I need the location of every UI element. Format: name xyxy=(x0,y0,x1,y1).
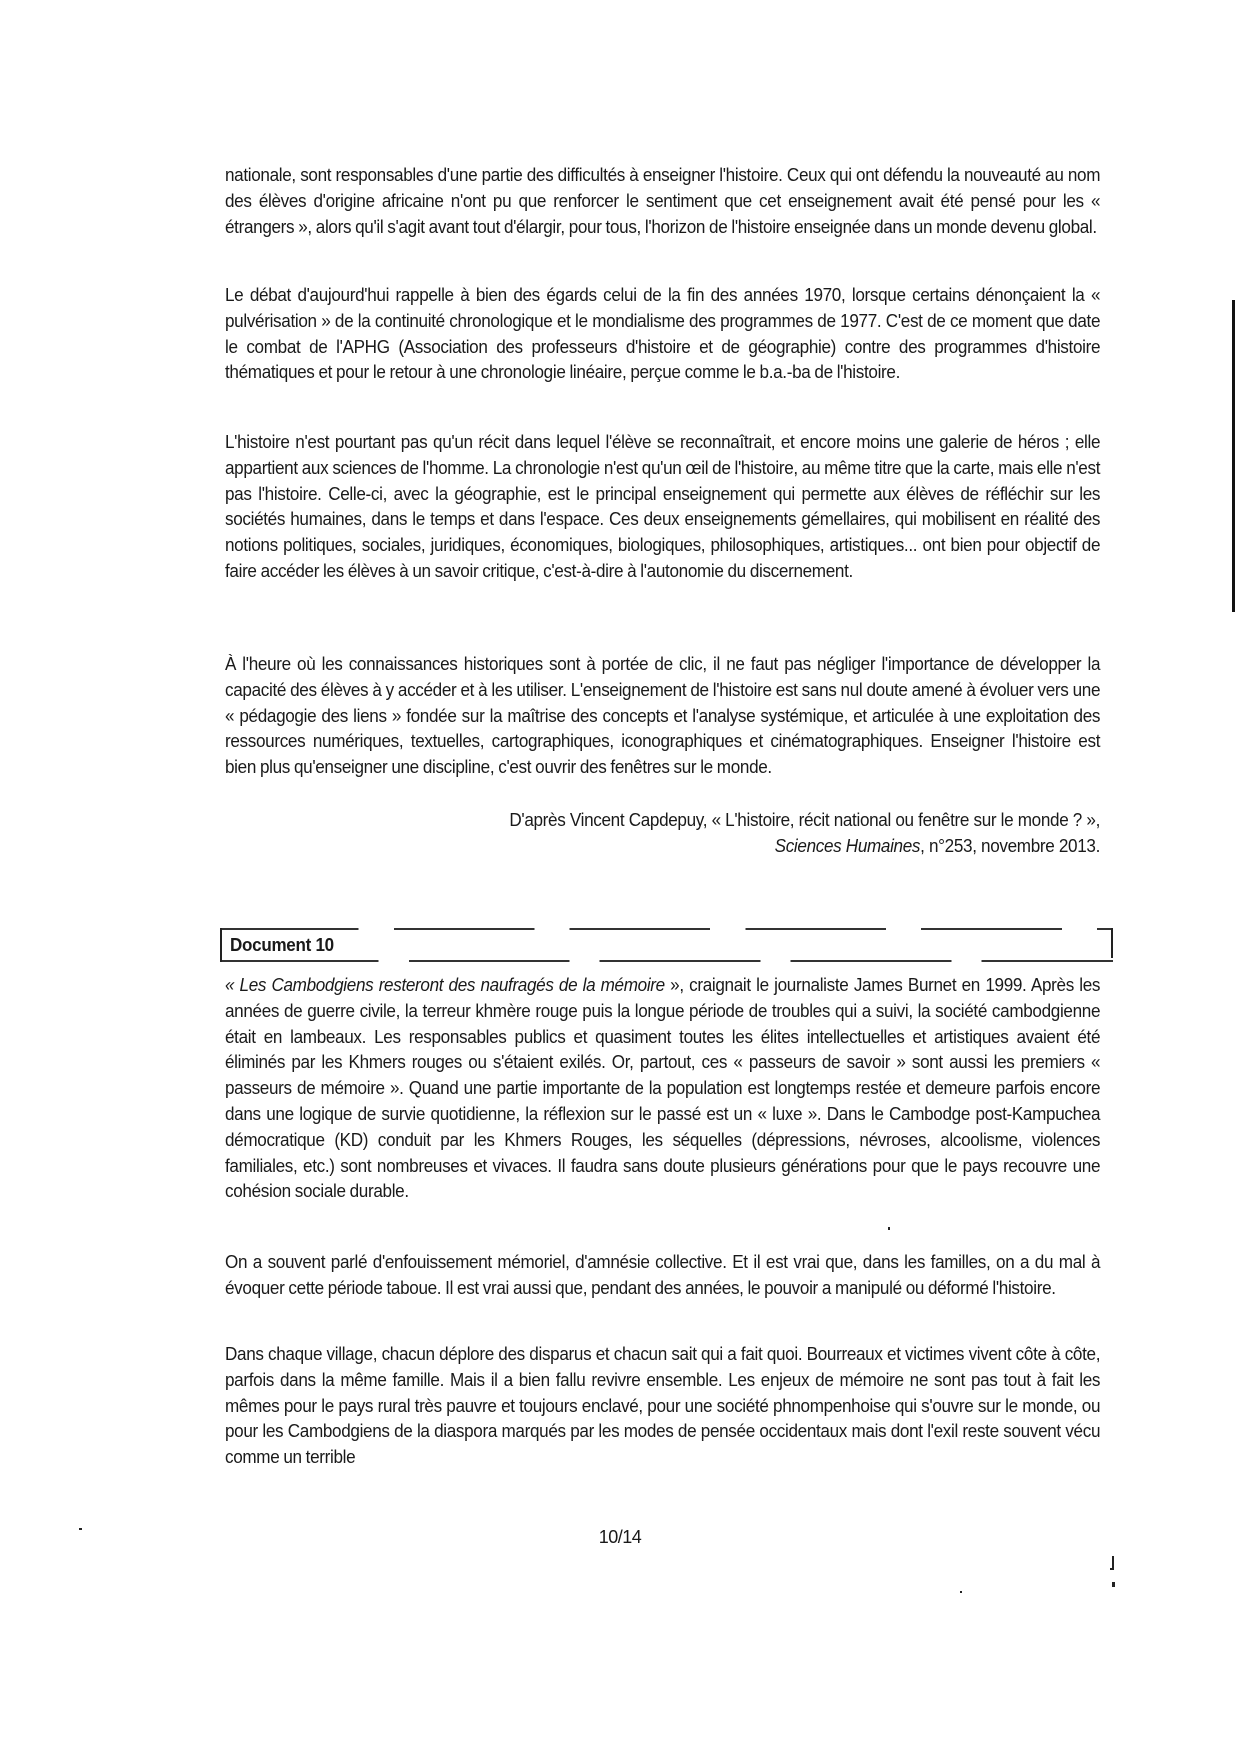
box-bottom-border xyxy=(220,960,1113,962)
scan-speck xyxy=(79,1528,82,1530)
document-page: nationale, sont responsables d'une parti… xyxy=(0,0,1240,1754)
scan-speck xyxy=(960,1591,962,1593)
box-left-border xyxy=(220,928,222,962)
box-right-border xyxy=(1111,928,1113,958)
paragraph: À l'heure où les connaissances historiqu… xyxy=(225,652,1100,781)
scan-speck xyxy=(888,1227,890,1230)
page-number: 10/14 xyxy=(0,1527,1240,1548)
citation-line-2: Sciences Humaines, n°253, novembre 2013. xyxy=(278,834,1101,860)
paragraph: « Les Cambodgiens resteront des naufragé… xyxy=(225,973,1100,1205)
source-citation: D'après Vincent Capdepuy, « L'histoire, … xyxy=(278,808,1101,860)
scan-speck xyxy=(1112,1582,1115,1587)
paragraph: Dans chaque village, chacun déplore des … xyxy=(225,1342,1100,1471)
scan-edge-line xyxy=(1232,300,1235,612)
paragraph: Le débat d'aujourd'hui rappelle à bien d… xyxy=(225,283,1100,386)
paragraph: nationale, sont responsables d'une parti… xyxy=(225,163,1100,240)
citation-details: , n°253, novembre 2013. xyxy=(920,836,1100,856)
quoted-title: « Les Cambodgiens resteront des naufragé… xyxy=(225,975,665,995)
document-label: Document 10 xyxy=(230,934,334,956)
journal-title: Sciences Humaines xyxy=(775,836,920,856)
paragraph: L'histoire n'est pourtant pas qu'un réci… xyxy=(225,430,1100,585)
document-10-header-box: Document 10 xyxy=(220,928,1113,962)
paragraph: On a souvent parlé d'enfouissement mémor… xyxy=(225,1250,1100,1302)
citation-line-1: D'après Vincent Capdepuy, « L'histoire, … xyxy=(278,808,1101,834)
paragraph-text: », craignait le journaliste James Burnet… xyxy=(225,975,1100,1201)
scan-speck xyxy=(1110,1568,1114,1570)
box-top-border xyxy=(220,928,1113,930)
